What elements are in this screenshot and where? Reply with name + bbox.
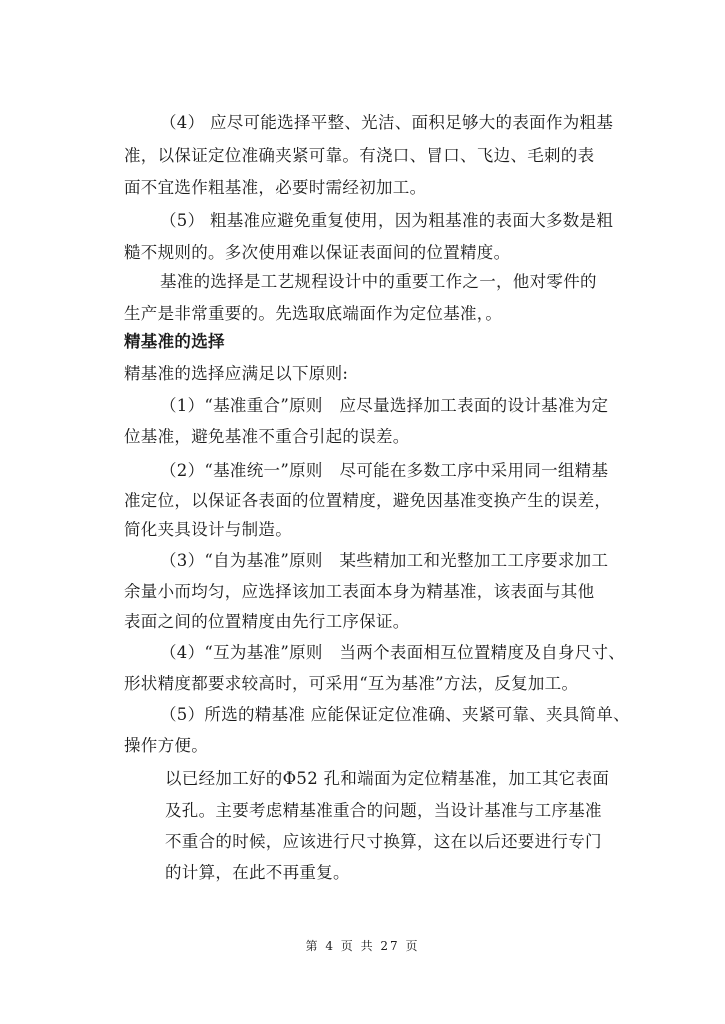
- paragraph-line: （4） 应尽可能选择平整、光洁、面积足够大的表面作为粗基: [160, 109, 613, 133]
- principle-line: （3）“自为基准”原则 某些精加工和光整加工工序要求加工: [160, 547, 608, 571]
- principle-line: 位基准，避免基准不重合引起的误差。: [124, 423, 410, 447]
- principle-line: 准定位，以保证各表面的位置精度，避免因基准变换产生的误差，: [124, 487, 611, 511]
- conclusion-line: 以已经加工好的Φ52 孔和端面为定位精基准，加工其它表面: [165, 765, 609, 789]
- principle-line: （5）所选的精基准 应能保证定位准确、夹紧可靠、夹具简单、: [160, 701, 630, 725]
- principle-line: 余量小而均匀，应选择该加工表面本身为精基准，该表面与其他: [124, 578, 594, 602]
- principle-line: 形状精度都要求较高时，可采用“互为基准”方法，反复加工。: [124, 670, 578, 694]
- conclusion-line: 不重合的时候，应该进行尺寸换算，这在以后还要进行专门: [165, 828, 602, 852]
- principle-line: 操作方便。: [124, 732, 208, 756]
- page-number-footer: 第 4 页 共 27 页: [0, 937, 725, 954]
- paragraph-line: 基准的选择是工艺规程设计中的重要工作之一，他对零件的: [160, 268, 597, 292]
- conclusion-line: 及孔。主要考虑精基准重合的问题，当设计基准与工序基准: [165, 797, 602, 821]
- paragraph-line: （5） 粗基准应避免重复使用，因为粗基准的表面大多数是粗: [160, 207, 613, 231]
- section-heading: 精基准的选择: [124, 328, 225, 352]
- principle-line: （1）“基准重合”原则 应尽量选择加工表面的设计基准为定: [160, 392, 608, 416]
- principle-line: 简化夹具设计与制造。: [124, 516, 292, 540]
- paragraph-line: 生产是非常重要的。先选取底端面作为定位基准，。: [124, 300, 502, 324]
- paragraph-line: 准，以保证定位准确夹紧可靠。有浇口、冒口、飞边、毛刺的表: [124, 142, 594, 166]
- conclusion-line: 的计算，在此不再重复。: [165, 859, 350, 883]
- intro-text: 精基准的选择应满足以下原则:: [124, 360, 348, 384]
- paragraph-line: 面不宜选作粗基准，必要时需经初加工。: [124, 174, 426, 198]
- paragraph-line: 糙不规则的。多次使用难以保证表面间的位置精度。: [124, 239, 510, 263]
- principle-line: （2）“基准统一”原则 尽可能在多数工序中采用同一组精基: [160, 457, 608, 481]
- document-page: （4） 应尽可能选择平整、光洁、面积足够大的表面作为粗基 准，以保证定位准确夹紧…: [0, 0, 725, 1024]
- principle-line: 表面之间的位置精度由先行工序保证。: [124, 608, 410, 632]
- principle-line: （4）“互为基准”原则 当两个表面相互位置精度及自身尺寸、: [160, 639, 625, 663]
